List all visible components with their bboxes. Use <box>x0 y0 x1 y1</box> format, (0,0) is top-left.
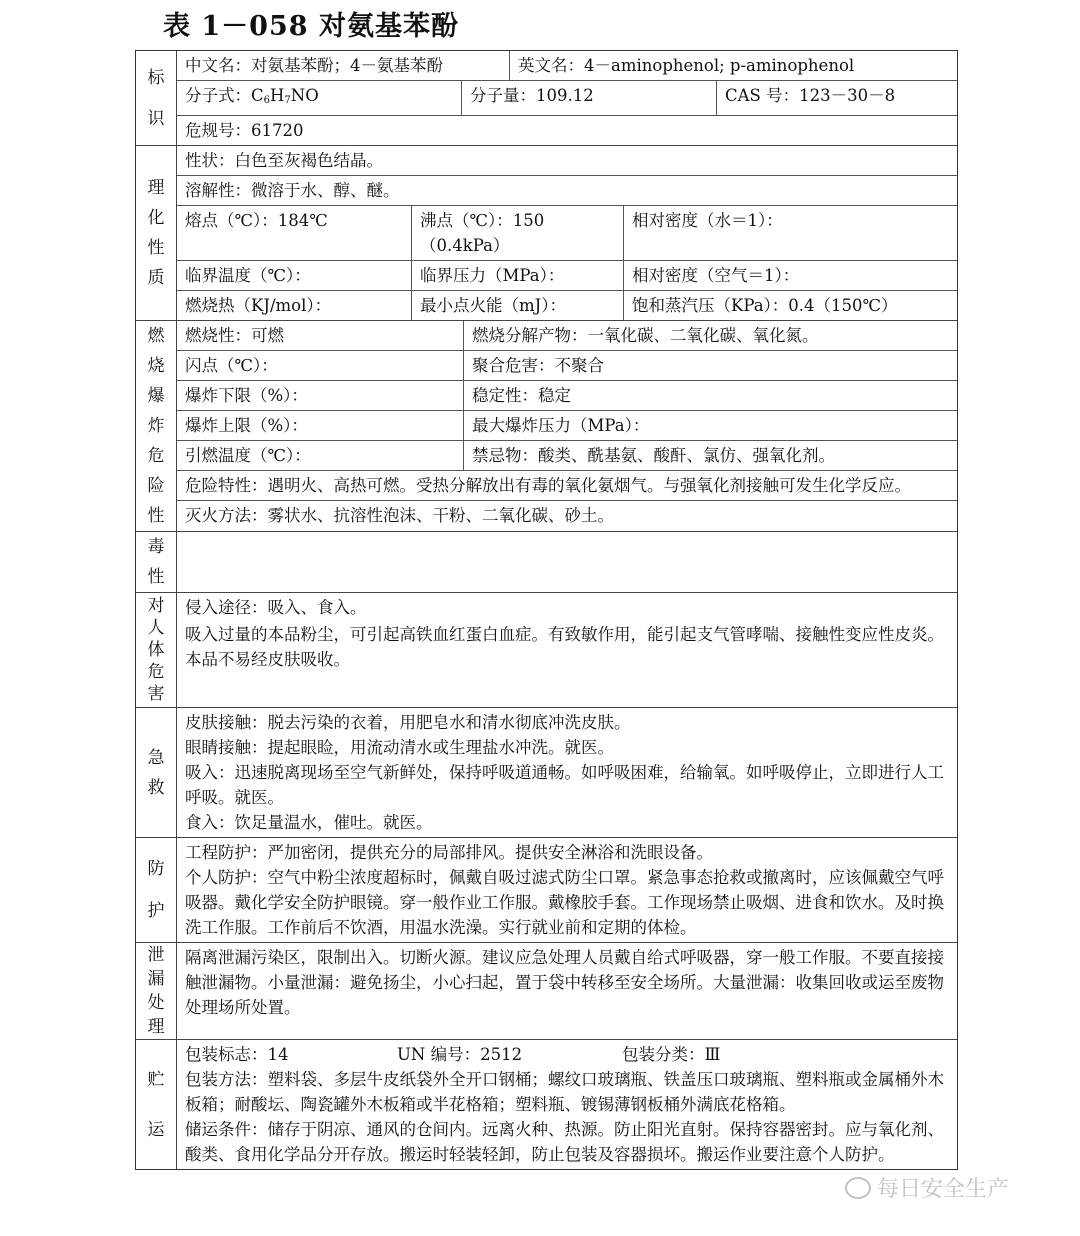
upper-explosive-limit: 爆炸上限（%）： <box>177 411 464 440</box>
section-storage: 贮运 包装标志：14 UN 编号：2512 包装分类：Ⅲ 包装方法：塑料袋、多层… <box>136 1040 957 1169</box>
section-toxicity: 毒性 <box>136 532 957 593</box>
decomposition-products: 燃烧分解产物：一氧化碳、二氧化碳、氧化氮。 <box>464 321 957 350</box>
section-label: 防护 <box>136 838 177 942</box>
extinguishing-method: 灭火方法：雾状水、抗溶性泡沫、干粉、二氧化碳、砂土。 <box>177 501 957 530</box>
hazard-characteristics: 危险特性：遇明火、高热可燃。受热分解放出有毒的氧化氨烟气。与强氧化剂接触可发生化… <box>177 471 957 500</box>
skin-contact: 皮肤接触：脱去污染的衣着，用肥皂水和清水彻底冲洗皮肤。 <box>177 710 957 735</box>
document-title: 表 1－058 对氨基苯酚 <box>163 4 459 43</box>
critical-pressure: 临界压力（MPa）： <box>412 261 624 290</box>
en-name: 英文名：4－aminophenol; p-aminophenol <box>510 51 957 80</box>
health-effects: 吸入过量的本品粉尘，可引起高铁血红蛋白血症。有致敏作用，能引起支气管哮喘、接触性… <box>177 622 957 674</box>
section-label: 急救 <box>136 708 177 837</box>
section-spill: 泄漏处理 隔离泄漏污染区，限制出入。切断火源。建议应急处理人员戴自给式呼吸器，穿… <box>136 943 957 1040</box>
section-fire-hazard: 燃烧爆 炸危险 性 燃烧性：可燃燃烧分解产物：一氧化碳、二氧化碳、氧化氮。 闪点… <box>136 321 957 532</box>
polymerization-hazard: 聚合危害：不聚合 <box>464 351 957 380</box>
eye-contact: 眼睛接触：提起眼睑，用流动清水或生理盐水冲洗。就医。 <box>177 735 957 760</box>
cn-name: 中文名：对氨基苯酚；4－氨基苯酚 <box>177 51 510 80</box>
pack-class: 包装分类：Ⅲ <box>622 1042 720 1067</box>
critical-temp: 临界温度（℃）： <box>177 261 412 290</box>
section-label: 泄漏处理 <box>136 943 177 1039</box>
section-first-aid: 急救 皮肤接触：脱去污染的衣着，用肥皂水和清水彻底冲洗皮肤。 眼睛接触：提起眼睑… <box>136 708 957 838</box>
wechat-icon <box>845 1177 871 1199</box>
spill-procedure: 隔离泄漏污染区，限制出入。切断火源。建议应急处理人员戴自给式呼吸器，穿一般工作服… <box>177 943 957 1022</box>
cas-number: CAS 号：123－30－8 <box>717 81 957 115</box>
appearance: 性状：白色至灰褐色结晶。 <box>177 146 957 175</box>
section-physchem: 理化 性质 性状：白色至灰褐色结晶。 溶解性：微溶于水、醇、醚。 熔点（℃）：1… <box>136 146 957 321</box>
storage-conditions: 储运条件：储存于阴凉、通风的仓间内。远离火种、热源。防止阳光直射。保持容器密封。… <box>177 1117 957 1169</box>
min-ignition-energy: 最小点火能（mJ）： <box>412 291 624 320</box>
section-label: 贮运 <box>136 1040 177 1169</box>
section-label: 理化 性质 <box>136 146 177 320</box>
hazard-number: 危规号：61720 <box>177 116 957 145</box>
solubility: 溶解性：微溶于水、醇、醚。 <box>177 176 957 205</box>
toxicity-text <box>177 532 957 536</box>
boiling-point: 沸点（℃）：150（0.4kPa） <box>412 206 624 260</box>
section-health-hazard: 对人体 危害 侵入途径：吸入、食入。 吸入过量的本品粉尘，可引起高铁血红蛋白血症… <box>136 593 957 708</box>
flash-point: 闪点（℃）： <box>177 351 464 380</box>
msds-table: 标 识 中文名：对氨基苯酚；4－氨基苯酚 英文名：4－aminophenol; … <box>135 50 958 1170</box>
vapor-pressure: 饱和蒸汽压（KPa）：0.4（150℃） <box>624 291 957 320</box>
packing-method: 包装方法：塑料袋、多层牛皮纸袋外全开口钢桶；螺纹口玻璃瓶、铁盖压口玻璃瓶、塑料瓶… <box>177 1067 957 1117</box>
ignition-temp: 引燃温度（℃）： <box>177 441 464 470</box>
personal-protection: 个人防护：空气中粉尘浓度超标时，佩戴自吸过滤式防尘口罩。紧急事态抢救或撤离时，应… <box>177 865 957 942</box>
formula: 分子式：C6H7NO <box>177 81 462 115</box>
inhalation: 吸入：迅速脱离现场至空气新鲜处，保持呼吸道通畅。如呼吸困难，给输氧。如呼吸停止，… <box>177 760 957 810</box>
molecular-weight: 分子量：109.12 <box>462 81 717 115</box>
max-explosion-pressure: 最大爆炸压力（MPa）： <box>464 411 957 440</box>
lower-explosive-limit: 爆炸下限（%）： <box>177 381 464 410</box>
flammability: 燃烧性：可燃 <box>177 321 464 350</box>
engineering-protection: 工程防护：严加密闭，提供充分的局部排风。提供安全淋浴和洗眼设备。 <box>177 838 957 865</box>
section-identification: 标 识 中文名：对氨基苯酚；4－氨基苯酚 英文名：4－aminophenol; … <box>136 51 957 146</box>
un-number: UN 编号：2512 <box>397 1042 622 1067</box>
watermark: 每日安全生产 <box>845 1172 1009 1203</box>
entry-route: 侵入途径：吸入、食入。 <box>177 593 957 622</box>
section-protection: 防护 工程防护：严加密闭，提供充分的局部排风。提供安全淋浴和洗眼设备。 个人防护… <box>136 838 957 943</box>
melting-point: 熔点（℃）：184℃ <box>177 206 412 260</box>
section-label: 标 识 <box>136 51 177 145</box>
relative-density-water: 相对密度（水＝1）： <box>624 206 957 260</box>
section-label: 燃烧爆 炸危险 性 <box>136 321 177 531</box>
combustion-heat: 燃烧热（KJ/mol）： <box>177 291 412 320</box>
packing-info: 包装标志：14 UN 编号：2512 包装分类：Ⅲ <box>177 1040 957 1067</box>
relative-density-air: 相对密度（空气＝1）： <box>624 261 957 290</box>
section-label: 毒性 <box>136 532 177 592</box>
pack-mark: 包装标志：14 <box>185 1042 397 1067</box>
ingestion: 食入：饮足量温水，催吐。就医。 <box>177 810 957 835</box>
incompatibles: 禁忌物：酸类、酰基氨、酸酐、氯仿、强氧化剂。 <box>464 441 957 470</box>
section-label: 对人体 危害 <box>136 593 177 707</box>
stability: 稳定性：稳定 <box>464 381 957 410</box>
